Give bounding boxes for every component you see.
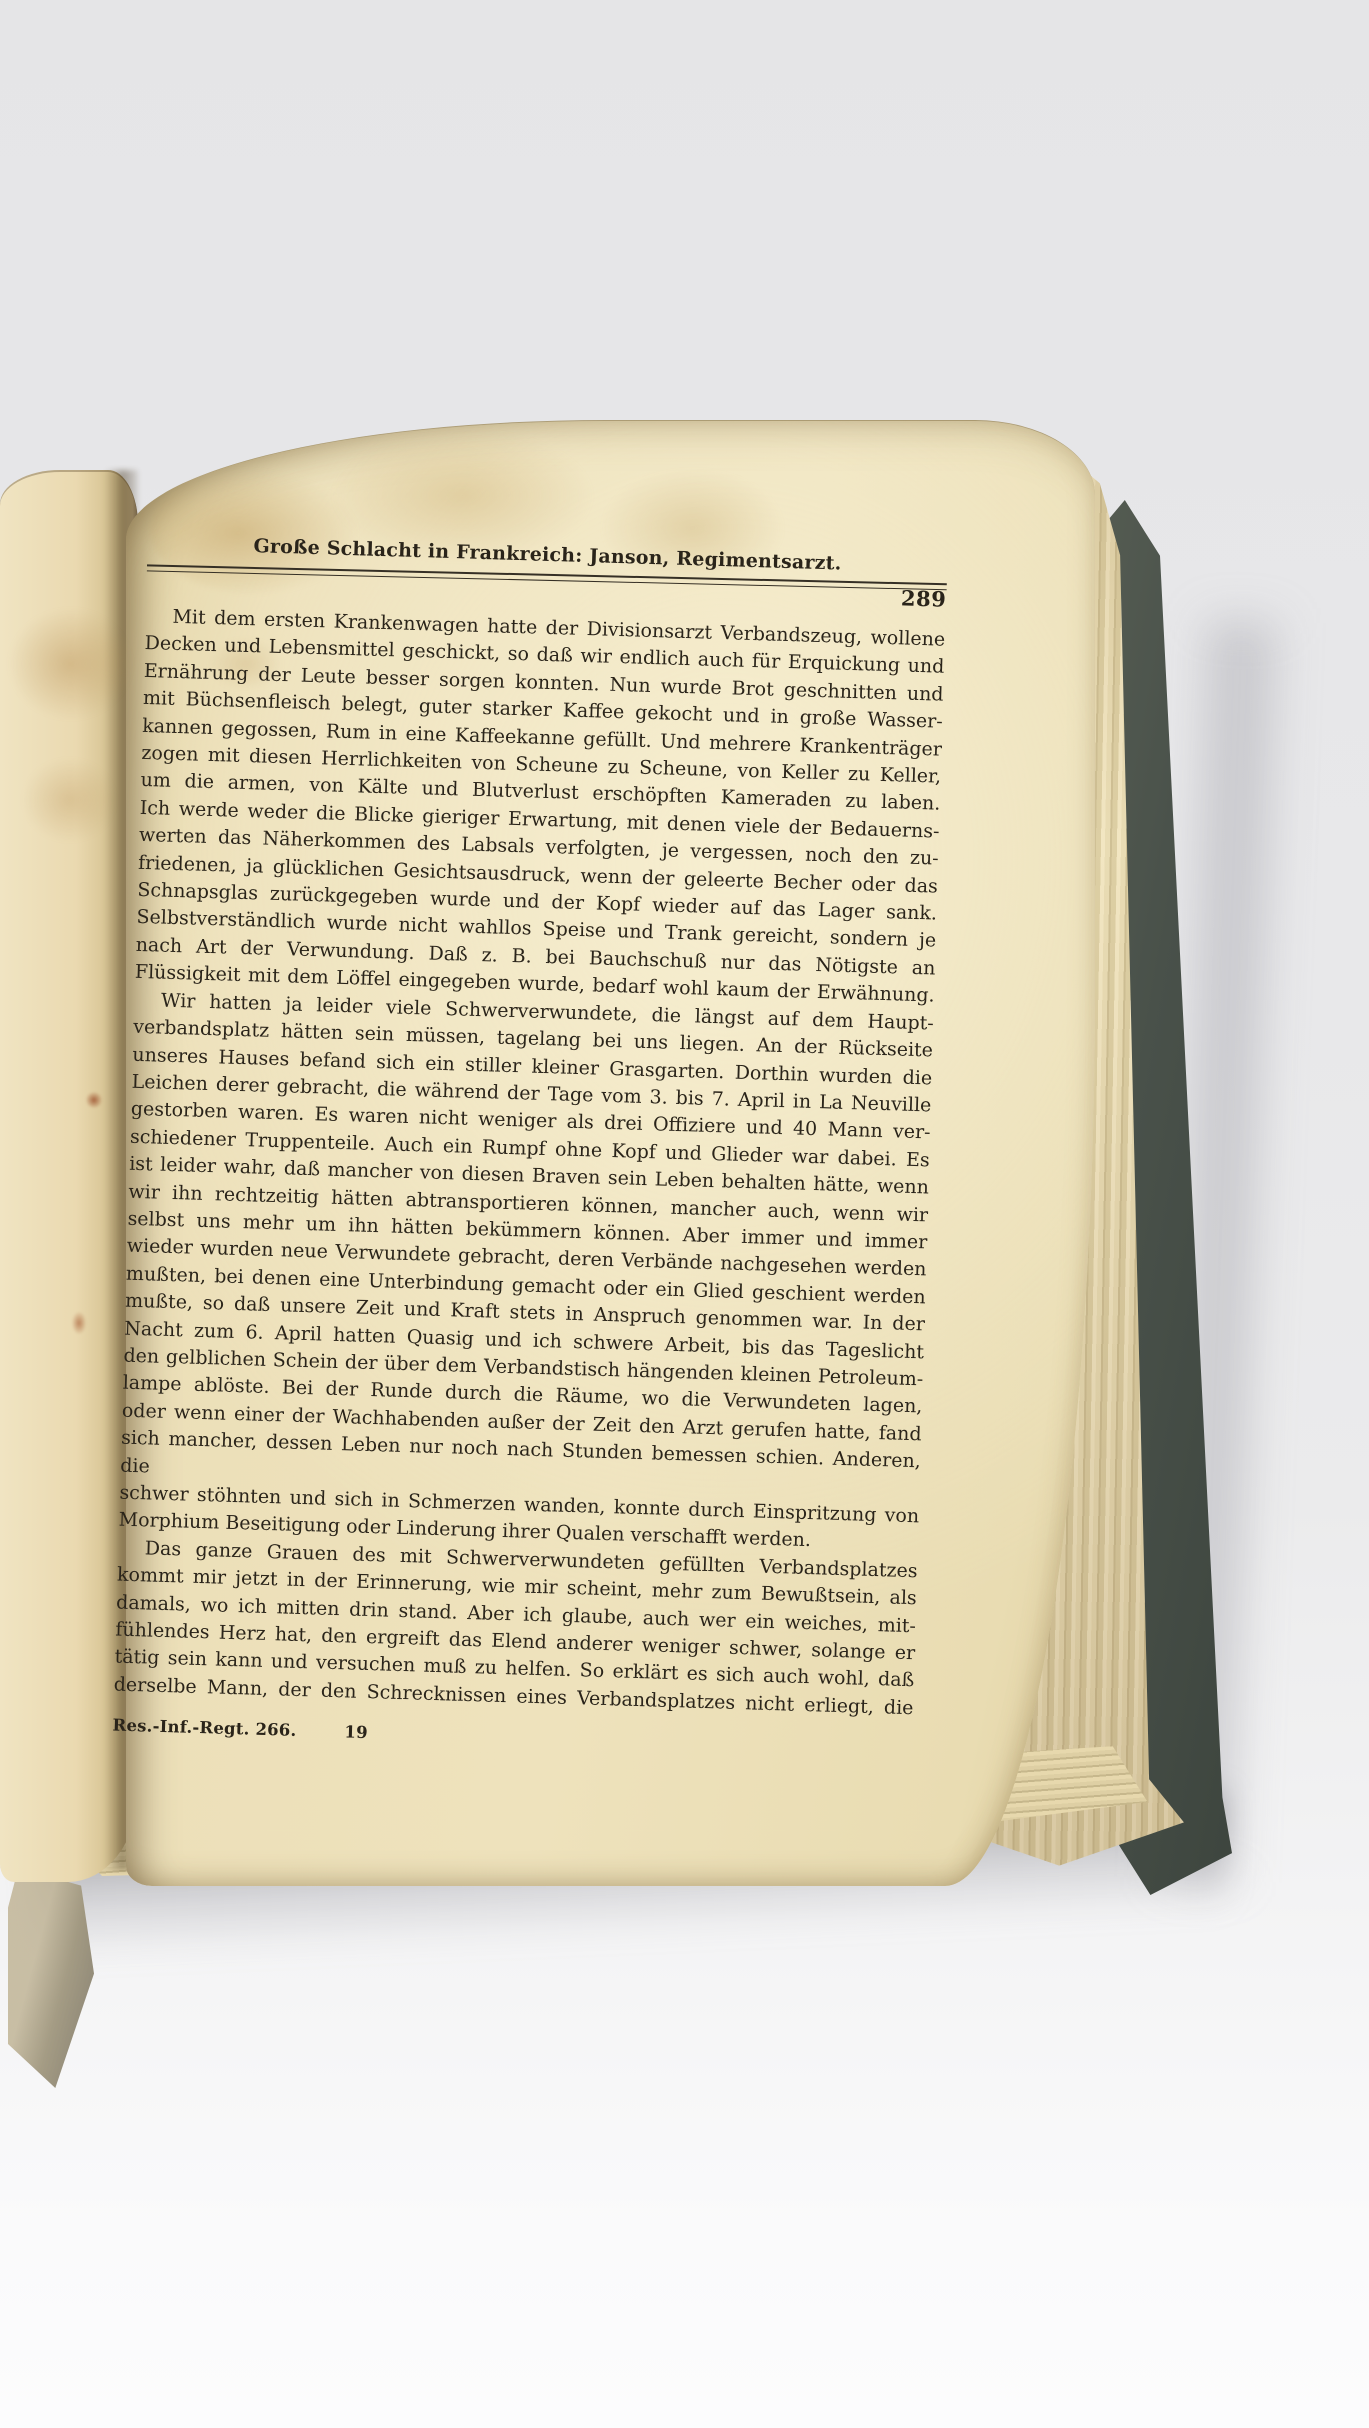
footer-sheet-number: 19 [344,1723,368,1743]
cover-corner-bottom-left [8,1868,94,2088]
body-text: Mit dem ersten Krankenwagen hatte der Di… [113,603,945,1723]
foxing-spot [22,758,117,842]
foxing-spot [72,1312,86,1334]
page-content: Große Schlacht in Frankreich: Janson, Re… [112,532,947,1758]
foxing-spot [86,1092,102,1108]
foxing-spot [8,608,133,720]
